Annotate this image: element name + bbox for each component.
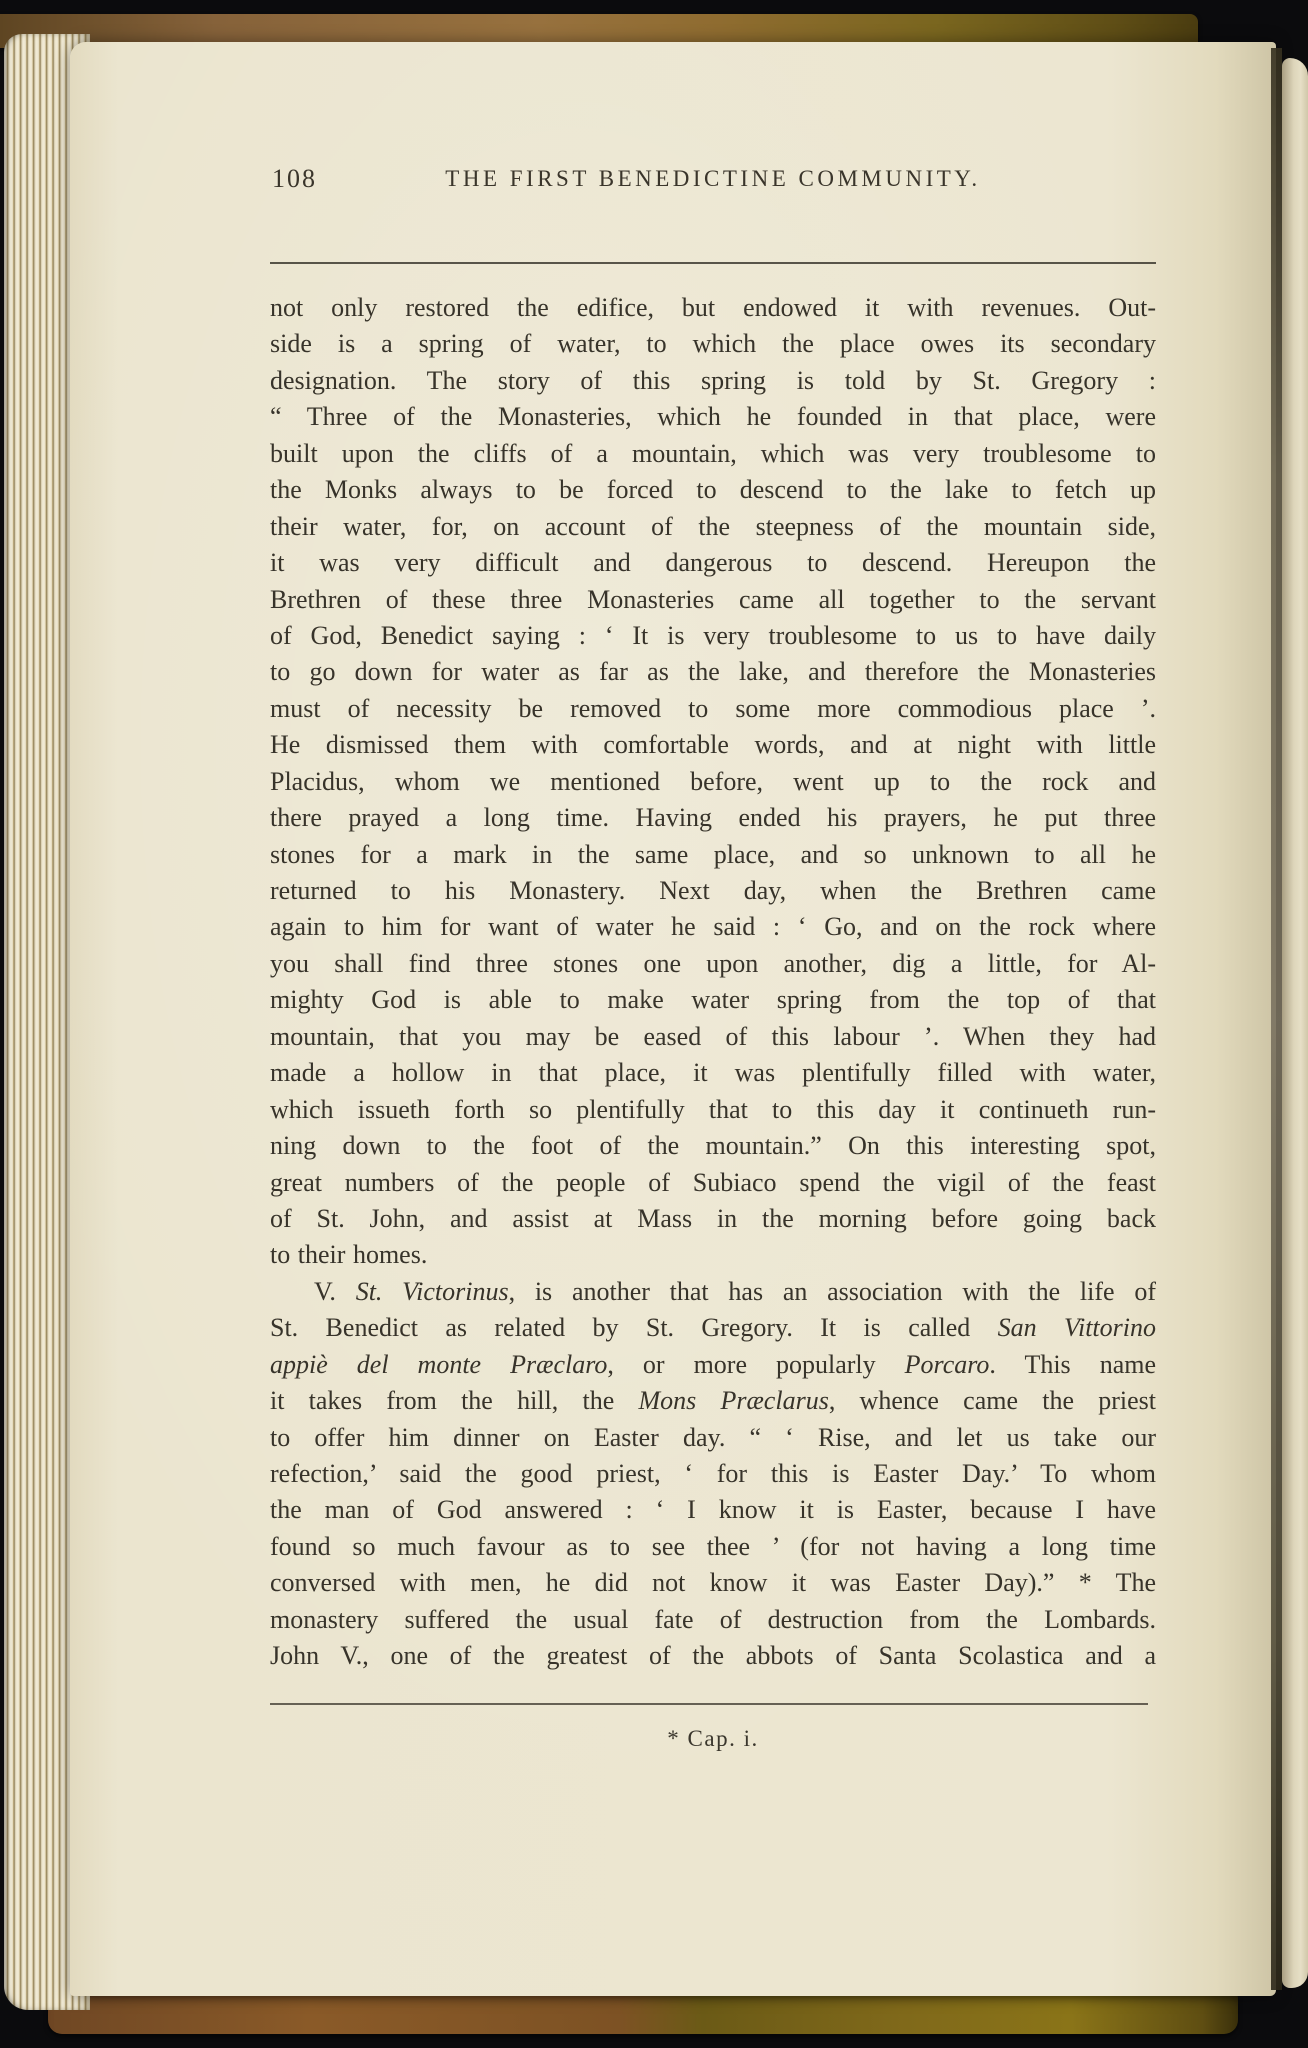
header-rule bbox=[270, 262, 1156, 264]
body-line: John V., one of the greatest of the abbo… bbox=[270, 1638, 1156, 1674]
body-line: it takes from the hill, the Mons Præclar… bbox=[270, 1383, 1156, 1419]
book-photo: 108 THE FIRST BENEDICTINE COMMUNITY. not… bbox=[0, 0, 1308, 2048]
page-gutter-shadow bbox=[1271, 48, 1282, 1990]
body-line: it was very difficult and dangerous to d… bbox=[270, 545, 1156, 581]
body-line: Placidus, whom we mentioned before, went… bbox=[270, 764, 1156, 800]
body-line: to offer him dinner on Easter day. “ ‘ R… bbox=[270, 1420, 1156, 1456]
page-header: 108 THE FIRST BENEDICTINE COMMUNITY. bbox=[270, 158, 1156, 198]
body-line: great numbers of the people of Subiaco s… bbox=[270, 1165, 1156, 1201]
body-line: of God, Benedict saying : ‘ It is very t… bbox=[270, 618, 1156, 654]
footnote-rule bbox=[270, 1703, 1148, 1705]
body-line: to their homes. bbox=[270, 1237, 1156, 1273]
body-line: St. Benedict as related by St. Gregory. … bbox=[270, 1310, 1156, 1346]
body-line: side is a spring of water, to which the … bbox=[270, 326, 1156, 362]
body-line: ning down to the foot of the mountain.” … bbox=[270, 1128, 1156, 1164]
body-line: to go down for water as far as the lake,… bbox=[270, 654, 1156, 690]
facing-page-edge bbox=[1282, 58, 1308, 1988]
body-line: which issueth forth so plentifully that … bbox=[270, 1092, 1156, 1128]
body-line: there prayed a long time. Having ended h… bbox=[270, 800, 1156, 836]
body-line: stones for a mark in the same place, and… bbox=[270, 837, 1156, 873]
body-line: found so much favour as to see thee ’ (f… bbox=[270, 1529, 1156, 1565]
body-line: “ Three of the Monasteries, which he fou… bbox=[270, 399, 1156, 435]
body-text: not only restored the edifice, but endow… bbox=[270, 290, 1156, 1675]
book-page: 108 THE FIRST BENEDICTINE COMMUNITY. not… bbox=[70, 42, 1276, 1996]
body-line: the man of God answered : ‘ I know it is… bbox=[270, 1492, 1156, 1528]
book-cover-edge-bottom bbox=[48, 1994, 1238, 2034]
body-line: returned to his Monastery. Next day, whe… bbox=[270, 873, 1156, 909]
body-line: again to him for want of water he said :… bbox=[270, 909, 1156, 945]
body-line: made a hollow in that place, it was plen… bbox=[270, 1055, 1156, 1091]
body-line: must of necessity be removed to some mor… bbox=[270, 691, 1156, 727]
body-line: the Monks always to be forced to descend… bbox=[270, 472, 1156, 508]
body-line: mountain, that you may be eased of this … bbox=[270, 1019, 1156, 1055]
body-line: their water, for, on account of the stee… bbox=[270, 509, 1156, 545]
body-line: refection,’ said the good priest, ‘ for … bbox=[270, 1456, 1156, 1492]
body-line: of St. John, and assist at Mass in the m… bbox=[270, 1201, 1156, 1237]
body-line: conversed with men, he did not know it w… bbox=[270, 1565, 1156, 1601]
body-line: Brethren of these three Monasteries came… bbox=[270, 582, 1156, 618]
running-title: THE FIRST BENEDICTINE COMMUNITY. bbox=[270, 166, 1156, 192]
body-line: monastery suffered the usual fate of des… bbox=[270, 1602, 1156, 1638]
footnote: * Cap. i. bbox=[270, 1726, 1156, 1752]
body-line: not only restored the edifice, but endow… bbox=[270, 290, 1156, 326]
body-line: V. St. Victorinus, is another that has a… bbox=[270, 1274, 1156, 1310]
body-line: He dismissed them with comfortable words… bbox=[270, 727, 1156, 763]
body-line: you shall find three stones one upon ano… bbox=[270, 946, 1156, 982]
body-line: built upon the cliffs of a mountain, whi… bbox=[270, 436, 1156, 472]
body-line: mighty God is able to make water spring … bbox=[270, 982, 1156, 1018]
body-line: designation. The story of this spring is… bbox=[270, 363, 1156, 399]
body-line: appiè del monte Præclaro, or more popula… bbox=[270, 1347, 1156, 1383]
